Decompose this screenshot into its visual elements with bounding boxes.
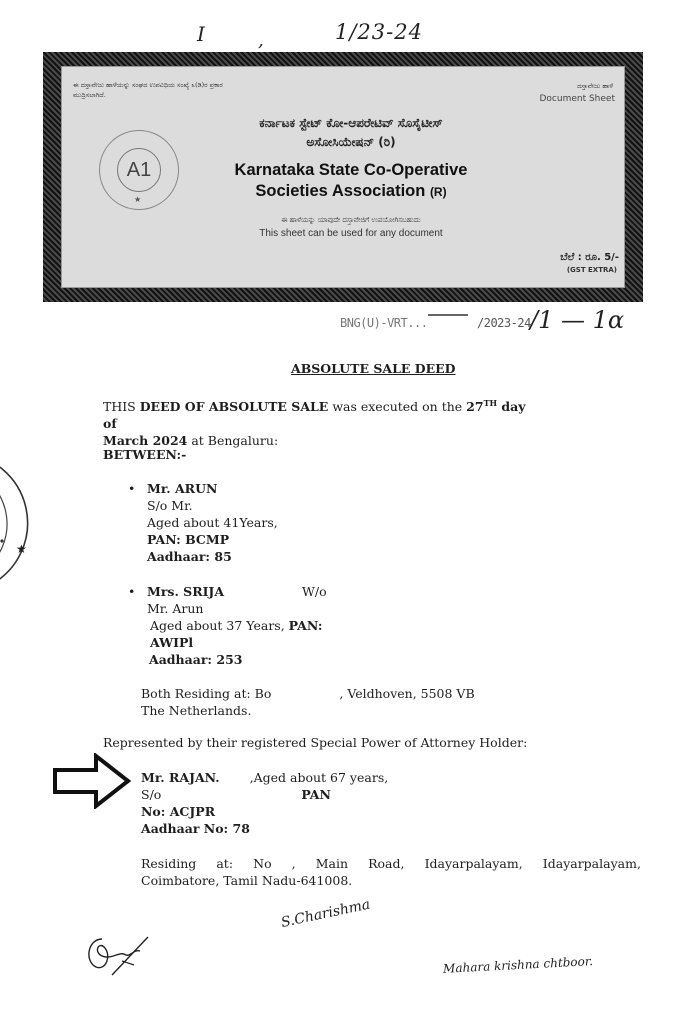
party-aadhaar: Aadhaar: 253 <box>128 651 327 668</box>
poa-relation: S/o <box>141 787 161 802</box>
poa-residing-line1: Residing at: No , Main Road, Idayarpalay… <box>141 855 641 872</box>
stamp-gst-note: (GST EXTRA) <box>567 266 617 274</box>
arrow-right-icon <box>52 753 132 809</box>
stamp-paper-header: ಈ ದಸ್ತಾವೇಜು ಹಾಳೆಯನ್ನು ಸಂಘದ ಉಪವಿಧಿಯ ಸಂಖ್ಯ… <box>43 52 643 302</box>
poa-residing-address: Residing at: No , Main Road, Idayarpalay… <box>141 855 641 889</box>
seal-label: A1 <box>117 148 161 192</box>
intro-place: at Bengaluru: <box>187 433 278 448</box>
word: Road, <box>368 855 404 872</box>
stamp-price: ಬೆಲೆ : ರೂ. 5/- <box>560 252 619 263</box>
between-heading: BETWEEN:- <box>103 446 186 463</box>
stamp-title-suffix: (R) <box>430 185 447 199</box>
registration-dash <box>428 314 468 316</box>
poa-holder: Mr. RAJAN.,Aged about 67 years, S/oPAN N… <box>141 769 521 837</box>
poa-aadhaar: Aadhaar No: 78 <box>141 820 521 837</box>
stamp-title: Karnataka State Co-Operative Societies A… <box>181 160 521 203</box>
svg-text:★: ★ <box>16 542 27 556</box>
signature-charishma: S.Charishma <box>280 897 372 931</box>
word: Idayarpalayam, <box>425 855 523 872</box>
both-residing-address: Both Residing at: Bo, Veldhoven, 5508 VB… <box>141 685 521 719</box>
intro-day-suffix: TH <box>484 398 498 408</box>
residing-line1-a: Both Residing at: Bo <box>141 686 271 701</box>
intro-day: 27 <box>466 399 483 414</box>
intro-deed-name: DEED OF ABSOLUTE SALE <box>140 399 329 414</box>
stamp-kannada-note: ಈ ದಸ್ತಾವೇಜು ಹಾಳೆಯನ್ನು ಸಂಘದ ಉಪವಿಧಿಯ ಸಂಖ್ಯ… <box>73 80 243 100</box>
stamp-title-line2: Societies Association <box>255 182 425 200</box>
deed-intro-paragraph: THIS DEED OF ABSOLUTE SALE was executed … <box>103 395 543 449</box>
party-name: Mr. ARUN <box>128 480 278 497</box>
party-aadhaar: Aadhaar: 85 <box>128 548 278 565</box>
word: Main <box>316 855 348 872</box>
star-icon: ★ <box>134 195 141 204</box>
word: No <box>253 855 271 872</box>
stamp-document-sheet-label: Document Sheet <box>539 94 615 104</box>
party-name: Mrs. SRIJA <box>147 584 224 599</box>
deed-title: ABSOLUTE SALE DEED <box>291 360 456 377</box>
party-age: Aged about 37 Years, <box>150 618 289 633</box>
word: Residing <box>141 855 196 872</box>
stamp-kannada-title: ಕರ್ನಾಟಕ ಸ್ಟೇಟ್ ಕೋ-ಆಪರೇಟಿವ್ ಸೊಸೈಟೀಸ್ ಅಸೋಸ… <box>201 114 501 152</box>
signature-rajan <box>82 925 152 981</box>
registration-office-stamp: BNG(U)-VRT... <box>340 316 427 330</box>
handwritten-year-mark: 1/23-24 <box>335 20 423 44</box>
signature-third-witness: Mahara krishna chtboor. <box>443 954 594 976</box>
party-item: • Mr. ARUN S/o Mr. Aged about 41Years, P… <box>128 480 278 565</box>
bullet-icon: • <box>128 480 135 497</box>
handwritten-comma: , <box>258 30 264 51</box>
party-relation-inline: W/o <box>302 584 327 599</box>
residing-line1-b: , Veldhoven, 5508 VB <box>339 686 474 701</box>
party-relation: S/o Mr. <box>128 497 278 514</box>
poa-pan: No: ACJPR <box>141 803 521 820</box>
seal-icon: A1 ★ <box>99 130 179 210</box>
word: at: <box>216 855 233 872</box>
intro-prefix: THIS <box>103 399 140 414</box>
residing-line2: The Netherlands. <box>141 702 521 719</box>
poa-pan-label: PAN <box>301 787 331 802</box>
party-item: • Mrs. SRIJAW/o Mr. Arun Aged about 37 Y… <box>128 583 327 668</box>
bullet-icon: • <box>128 583 135 600</box>
stamp-kannada-title-line1: ಕರ್ನಾಟಕ ಸ್ಟೇಟ್ ಕೋ-ಆಪರೇಟಿವ್ ಸೊಸೈಟೀಸ್ <box>201 114 501 133</box>
stamp-kannada-title-line2: ಅಸೋಸಿಯೇಷನ್ (ರಿ) <box>201 133 501 152</box>
stamp-kannada-doc-sheet: ದಸ್ತಾವೇಜು ಹಾಳೆ <box>577 82 613 91</box>
poa-residing-line2: Coimbatore, Tamil Nadu-641008. <box>141 872 641 889</box>
party-pan: PAN: BCMP <box>128 531 278 548</box>
registration-number: /2023-24 <box>477 316 531 330</box>
stamp-kannada-use-note: ಈ ಹಾಳೆಯನ್ನು ಯಾವುದೇ ದಸ್ತಾವೇಜಿಗೆ ಉಪಯೋಗಿಸಬಹ… <box>181 216 521 225</box>
party-pan: AWIPl <box>128 634 327 651</box>
word: Idayarpalayam, <box>543 855 641 872</box>
intro-middle: was executed on the <box>328 399 466 414</box>
word: , <box>292 855 296 872</box>
party-age: Aged about 41Years, <box>128 514 278 531</box>
stamp-use-note: This sheet can be used for any document <box>181 228 521 239</box>
stamp-title-line1: Karnataka State Co-Operative <box>181 160 521 181</box>
handwritten-volume-mark: I <box>197 22 205 46</box>
official-seal-icon: ಪ್ರದಿ ★ <box>0 445 42 595</box>
registration-handwritten-suffix: /1 — 1α <box>530 306 624 334</box>
poa-age: ,Aged about 67 years, <box>250 770 389 785</box>
party-relation: Mr. Arun <box>128 600 327 617</box>
stamp-paper-panel: ಈ ದಸ್ತಾವೇಜು ಹಾಳೆಯನ್ನು ಸಂಘದ ಉಪವಿಧಿಯ ಸಂಖ್ಯ… <box>61 66 625 288</box>
poa-name: Mr. RAJAN. <box>141 770 220 785</box>
party-pan-label: PAN: <box>289 618 323 633</box>
represented-by-line: Represented by their registered Special … <box>103 734 527 751</box>
